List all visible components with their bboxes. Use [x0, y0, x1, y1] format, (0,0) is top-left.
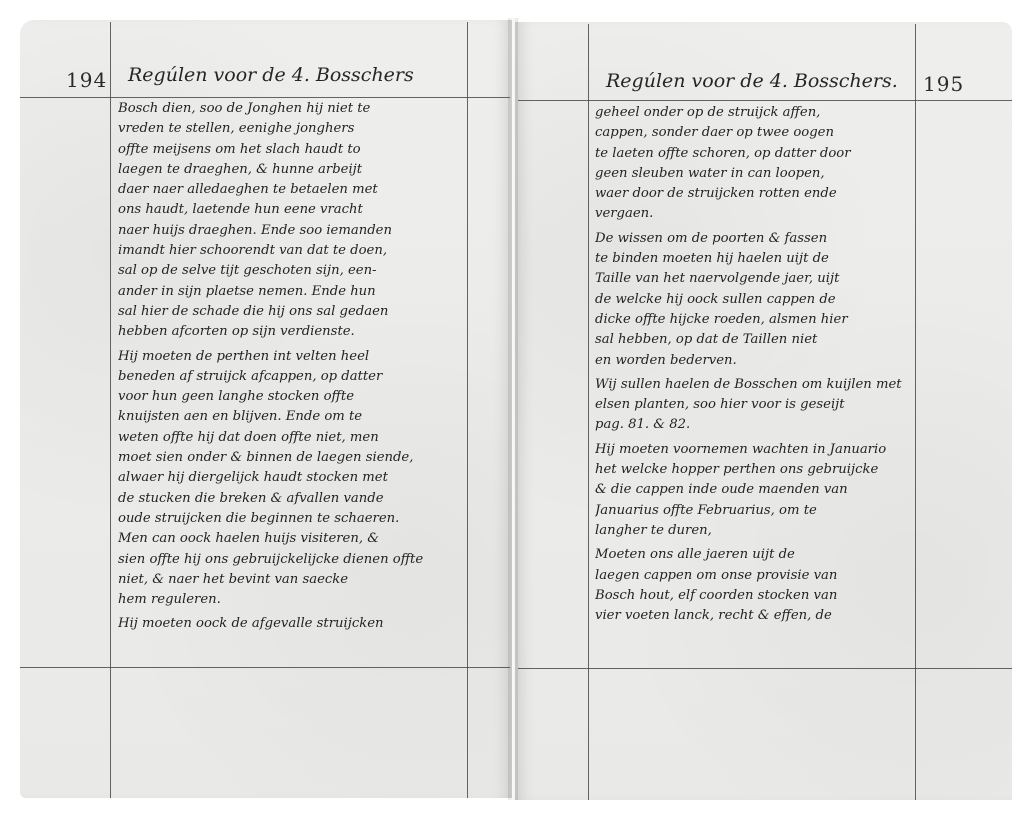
manuscript-line: Wij sullen haelen de Bosschen om kuijlen… [595, 375, 911, 395]
manuscript-line: ander in sijn plaetse nemen. Ende hun [118, 282, 463, 302]
manuscript-line: Bosch hout, elf coorden stocken van [595, 586, 911, 606]
manuscript-line: Hij moeten de perthen int velten heel [118, 347, 463, 367]
book-gutter [508, 18, 518, 800]
right-page-text: geheel onder op de struijck affen,cappen… [595, 103, 911, 626]
running-head-right: Regúlen voor de 4. Bosschers. [606, 70, 898, 92]
manuscript-line: laegen te draeghen, & hunne arbeijt [118, 160, 463, 180]
manuscript-line: hebben afcorten op sijn verdienste. [118, 322, 463, 342]
manuscript-line: geen sleuben water in can loopen, [595, 164, 911, 184]
manuscript-line: vier voeten lanck, recht & effen, de [595, 606, 911, 626]
manuscript-line: cappen, sonder daer op twee oogen [595, 123, 911, 143]
right-footer-rule [518, 668, 1012, 669]
manuscript-line: Taille van het naervolgende jaer, uijt [595, 269, 911, 289]
manuscript-line: hem reguleren. [118, 590, 463, 610]
manuscript-line: te binden moeten hij haelen uijt de [595, 249, 911, 269]
manuscript-line: oude struijcken die beginnen te schaeren… [118, 509, 463, 529]
left-margin-rule [110, 22, 111, 798]
manuscript-line: Bosch dien, soo de Jonghen hij niet te [118, 99, 463, 119]
right-header-rule [518, 100, 1012, 101]
manuscript-line: voor hun geen langhe stocken offte [118, 387, 463, 407]
manuscript-line: beneden af struijck afcappen, op datter [118, 367, 463, 387]
manuscript-line: niet, & naer het bevint van saecke [118, 570, 463, 590]
left-outer-rule [467, 22, 468, 798]
manuscript-line: offte meijsens om het slach haudt to [118, 140, 463, 160]
left-footer-rule [20, 667, 510, 668]
manuscript-line: Men can oock haelen huijs visiteren, & [118, 529, 463, 549]
left-page-text: Bosch dien, soo de Jonghen hij niet tevr… [118, 99, 463, 635]
manuscript-line: dicke offte hijcke roeden, alsmen hier [595, 310, 911, 330]
manuscript-line: sal hier de schade die hij ons sal gedae… [118, 302, 463, 322]
manuscript-spread: 194 Regúlen voor de 4. Bosschers Regúlen… [0, 0, 1024, 814]
manuscript-line: alwaer hij diergelijck haudt stocken met [118, 468, 463, 488]
manuscript-line: moet sien onder & binnen de laegen siend… [118, 448, 463, 468]
manuscript-line: & die cappen inde oude maenden van [595, 480, 911, 500]
manuscript-line: Januarius offte Februarius, om te [595, 501, 911, 521]
manuscript-line: Hij moeten oock de afgevalle struijcken [118, 614, 463, 634]
manuscript-line: daer naer alledaeghen te betaelen met [118, 180, 463, 200]
manuscript-line: imandt hier schoorendt van dat te doen, [118, 241, 463, 261]
manuscript-line: sal hebben, op dat de Taillen niet [595, 330, 911, 350]
manuscript-line: ons haudt, laetende hun eene vracht [118, 200, 463, 220]
page-number-right: 195 [923, 72, 964, 96]
manuscript-line: en worden bederven. [595, 351, 911, 371]
manuscript-line: Hij moeten voornemen wachten in Januario [595, 440, 911, 460]
manuscript-line: De wissen om de poorten & fassen [595, 229, 911, 249]
manuscript-line: pag. 81. & 82. [595, 415, 911, 435]
manuscript-line: de stucken die breken & afvallen vande [118, 489, 463, 509]
manuscript-line: Moeten ons alle jaeren uijt de [595, 545, 911, 565]
manuscript-line: weten offte hij dat doen offte niet, men [118, 428, 463, 448]
manuscript-line: vreden te stellen, eenighe jonghers [118, 119, 463, 139]
manuscript-line: laegen cappen om onse provisie van [595, 566, 911, 586]
manuscript-line: naer huijs draeghen. Ende soo iemanden [118, 221, 463, 241]
manuscript-line: elsen planten, soo hier voor is geseijt [595, 395, 911, 415]
manuscript-line: sal op de selve tijt geschoten sijn, een… [118, 261, 463, 281]
right-outer-rule [915, 24, 916, 800]
manuscript-line: geheel onder op de struijck affen, [595, 103, 911, 123]
page-number-left: 194 [66, 68, 107, 92]
manuscript-line: knuijsten aen en blijven. Ende om te [118, 407, 463, 427]
manuscript-line: waer door de struijcken rotten ende [595, 184, 911, 204]
manuscript-line: de welcke hij oock sullen cappen de [595, 290, 911, 310]
manuscript-line: sien offte hij ons gebruijckelijcke dien… [118, 550, 463, 570]
running-head-left: Regúlen voor de 4. Bosschers [128, 64, 414, 86]
manuscript-line: vergaen. [595, 204, 911, 224]
right-margin-rule [588, 24, 589, 800]
manuscript-line: het welcke hopper perthen ons gebruijcke [595, 460, 911, 480]
manuscript-line: langher te duren, [595, 521, 911, 541]
manuscript-line: te laeten offte schoren, op datter door [595, 144, 911, 164]
